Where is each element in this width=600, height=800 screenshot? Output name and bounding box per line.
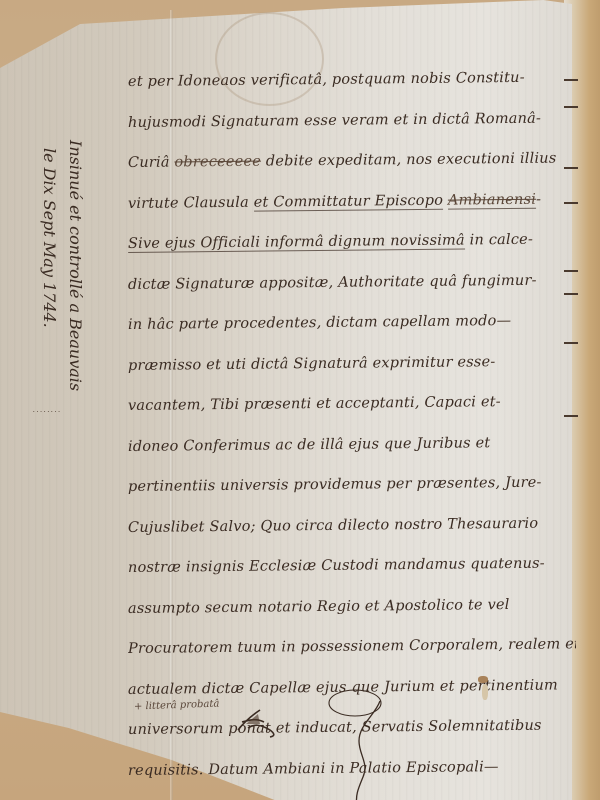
margin-note-line-2: le Dix Sept May 1744. (36, 140, 62, 560)
text-line: Curiâ obreceeeee debite expeditam, nos e… (128, 138, 576, 183)
text-line: hujusmodi Signaturam esse veram et in di… (128, 98, 576, 143)
text-line: Cujuslibet Salvo; Quo circa dilecto nost… (128, 503, 576, 548)
text-line: Procuratorem tuum in possessionem Corpor… (128, 624, 576, 669)
text-line: assumpto secum notario Regio et Apostoli… (128, 584, 576, 629)
text-line: Sive ejus Officiali informâ dignum novis… (128, 219, 576, 264)
underlined-phrase: Sive ejus Officiali informâ dignum novis… (128, 232, 465, 253)
paper-hole (482, 684, 488, 700)
manuscript-photograph: Insinué et controllé a Beauvais le Dix S… (0, 0, 600, 800)
text-line: dictæ Signaturæ appositæ, Authoritate qu… (128, 260, 576, 305)
text-line: virtute Clausula et Committatur Episcopo… (128, 179, 576, 224)
underlined-phrase: et Committatur Episcopo (254, 192, 444, 211)
signature-flourish-icon (325, 685, 395, 800)
text-line: præmisso et uti dictâ Signaturâ exprimit… (128, 341, 576, 386)
paraph-signature-icon (230, 700, 280, 740)
manuscript-body-text: et per Idoneaos verificatâ, postquam nob… (128, 62, 576, 791)
text-line: nostræ insignis Ecclesiæ Custodi mandamu… (128, 543, 576, 588)
paper-damage (478, 676, 488, 683)
text-line: vacantem, Tibi præsenti et acceptanti, C… (128, 381, 576, 426)
struck-word: Ambianensi (448, 191, 536, 209)
text-line: pertinentiis universis providemus per pr… (128, 462, 576, 507)
margin-note: Insinué et controllé a Beauvais le Dix S… (36, 140, 88, 560)
struck-word: obreceeeee (174, 154, 261, 171)
text-line: idoneo Conferimus ac de illâ ejus que Ju… (128, 422, 576, 467)
text-line: et per Idoneaos verificatâ, postquam nob… (128, 57, 576, 102)
margin-note-line-1: Insinué et controllé a Beauvais (62, 140, 88, 560)
small-mark: ........ (32, 407, 61, 414)
text-line: in hâc parte procedentes, dictam capella… (128, 300, 576, 345)
